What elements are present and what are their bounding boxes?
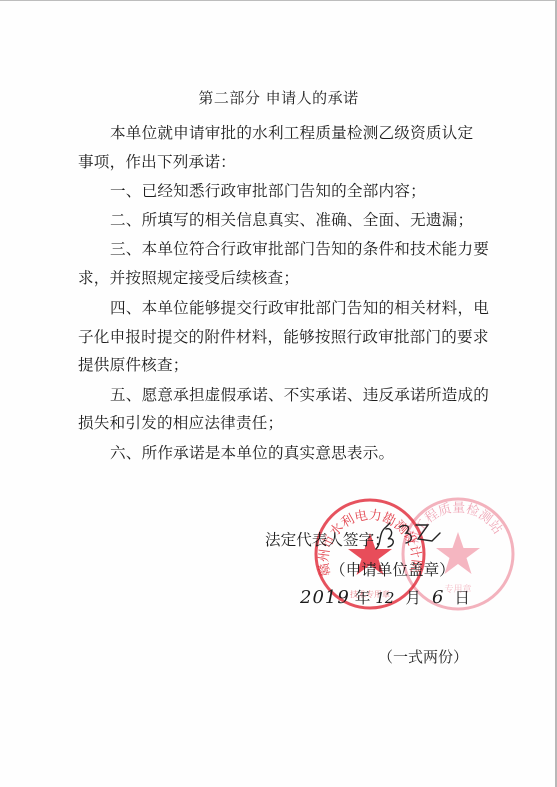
paragraph-intro-line-1: 本单位就申请审批的水利工程质量检测乙级资质认定 [110,121,473,143]
date-year-handwritten: 2019 [300,587,350,608]
applicant-seal-note: （申请单位盖章） [330,558,455,580]
page-title: 第二部分 申请人的承诺 [0,87,557,108]
date-month-handwritten: 12 [375,589,394,607]
copies-note: （一式两份） [378,646,468,667]
handwritten-signature [372,519,442,555]
commitment-item-2: 二、所填写的相关信息真实、准确、全面、无遗漏； [110,208,473,230]
commitment-item-5-line-1: 五、愿意承担虚假承诺、不实承诺、违反承诺所造成的 [110,383,489,405]
date-day-handwritten: 6 [432,587,443,608]
signature-date: 2019 年 12 月 6 日 [300,586,470,608]
commitment-item-1: 一、已经知悉行政审批部门告知的全部内容； [110,179,426,201]
commitment-item-3-line-2: 求，并按照规定接受后续核查； [78,266,299,288]
commitment-item-4-line-3: 提供原件核查； [78,353,189,375]
commitment-item-3-line-1: 三、本单位符合行政审批部门告知的条件和技术能力要 [110,237,489,259]
paragraph-intro-line-2: 事项，作出下列承诺： [78,150,236,172]
date-month-char: 月 [405,589,421,607]
commitment-item-5-line-2: 损失和引发的相应法律责任； [78,411,283,433]
commitment-item-4-line-2: 子化申报时提交的附件材料，能够按照行政审批部门的要求 [78,325,489,347]
commitment-item-6: 六、所作承诺是本单位的真实意思表示。 [110,441,394,463]
document-page: 第二部分 申请人的承诺 本单位就申请审批的水利工程质量检测乙级资质认定 事项，作… [0,0,557,787]
commitment-item-4-line-1: 四、本单位能够提交行政审批部门告知的相关材料，电 [110,296,489,318]
date-year-char: 年 [355,589,371,607]
date-day-char: 日 [454,589,470,607]
